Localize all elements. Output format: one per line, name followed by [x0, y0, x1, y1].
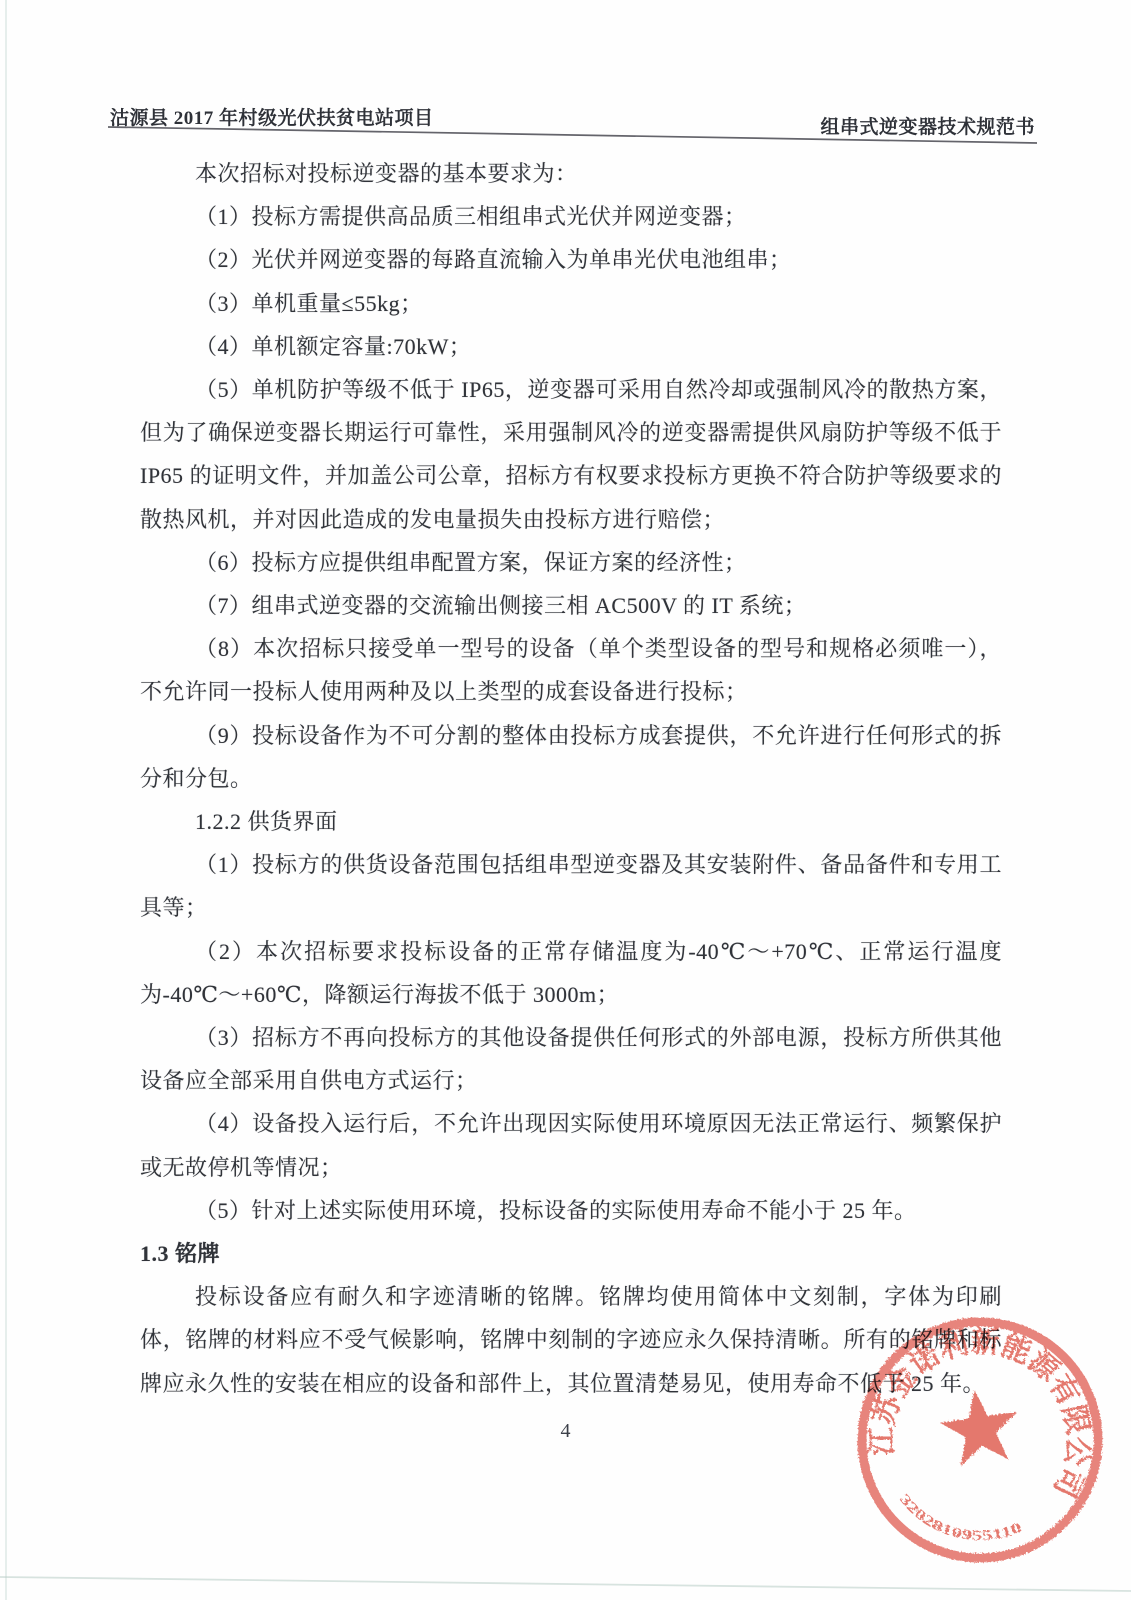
- paragraph-supply-3: （3）招标方不再向投标方的其他设备提供任何形式的外部电源，投标方所供其他设备应全…: [140, 1016, 1002, 1102]
- header-left-title: 沽源县 2017 年村级光伏扶贫电站项目: [110, 103, 434, 130]
- paragraph-supply-2: （2）本次招标要求投标设备的正常存储温度为-40℃～+70℃、正常运行温度为-4…: [140, 930, 1002, 1016]
- stamp-serial-text: 3202810955110: [896, 1492, 1024, 1544]
- paragraph-item-4: （4）单机额定容量:70kW；: [140, 325, 1002, 368]
- paragraph-supply-1: （1）投标方的供货设备范围包括组串型逆变器及其安装附件、备品备件和专用工具等；: [140, 843, 1002, 929]
- scanned-document-page: 沽源县 2017 年村级光伏扶贫电站项目 组串式逆变器技术规范书 本次招标对投标…: [0, 0, 1131, 1600]
- paragraph-item-3: （3）单机重量≤55kg；: [140, 282, 1002, 325]
- section-heading-1-3: 1.3 铭牌: [140, 1232, 1002, 1275]
- paragraph-supply-5: （5）针对上述实际使用环境，投标设备的实际使用寿命不能小于 25 年。: [140, 1189, 1002, 1232]
- scan-edge-line-bottom: [0, 1577, 1131, 1591]
- paragraph-item-1: （1）投标方需提供高品质三相组串式光伏并网逆变器；: [140, 195, 1002, 238]
- body-text: 本次招标对投标逆变器的基本要求为： （1）投标方需提供高品质三相组串式光伏并网逆…: [140, 152, 1002, 1405]
- paragraph-item-9: （9）投标设备作为不可分割的整体由投标方成套提供，不允许进行任何形式的拆分和分包…: [140, 714, 1002, 800]
- paragraph-item-5: （5）单机防护等级不低于 IP65，逆变器可采用自然冷却或强制风冷的散热方案，但…: [140, 368, 1002, 541]
- section-heading-1-2-2: 1.2.2 供货界面: [140, 800, 1002, 843]
- page-number: 4: [0, 1420, 1131, 1443]
- paragraph-intro: 本次招标对投标逆变器的基本要求为：: [140, 152, 1002, 195]
- paragraph-nameplate: 投标设备应有耐久和字迹清晰的铭牌。铭牌均使用简体中文刻制，字体为印刷体，铭牌的材…: [140, 1275, 1002, 1405]
- paragraph-item-6: （6）投标方应提供组串配置方案，保证方案的经济性；: [140, 541, 1002, 584]
- paragraph-item-2: （2）光伏并网逆变器的每路直流输入为单串光伏电池组串；: [140, 238, 1002, 281]
- header-right-title: 组串式逆变器技术规范书: [820, 112, 1035, 139]
- paragraph-item-7: （7）组串式逆变器的交流输出侧接三相 AC500V 的 IT 系统；: [140, 584, 1002, 627]
- svg-text:3202810955110: 3202810955110: [896, 1492, 1024, 1544]
- paragraph-supply-4: （4）设备投入运行后，不允许出现因实际使用环境原因无法正常运行、频繁保护或无故停…: [140, 1102, 1002, 1188]
- paragraph-item-8: （8）本次招标只接受单一型号的设备（单个类型设备的型号和规格必须唯一），不允许同…: [140, 627, 1002, 713]
